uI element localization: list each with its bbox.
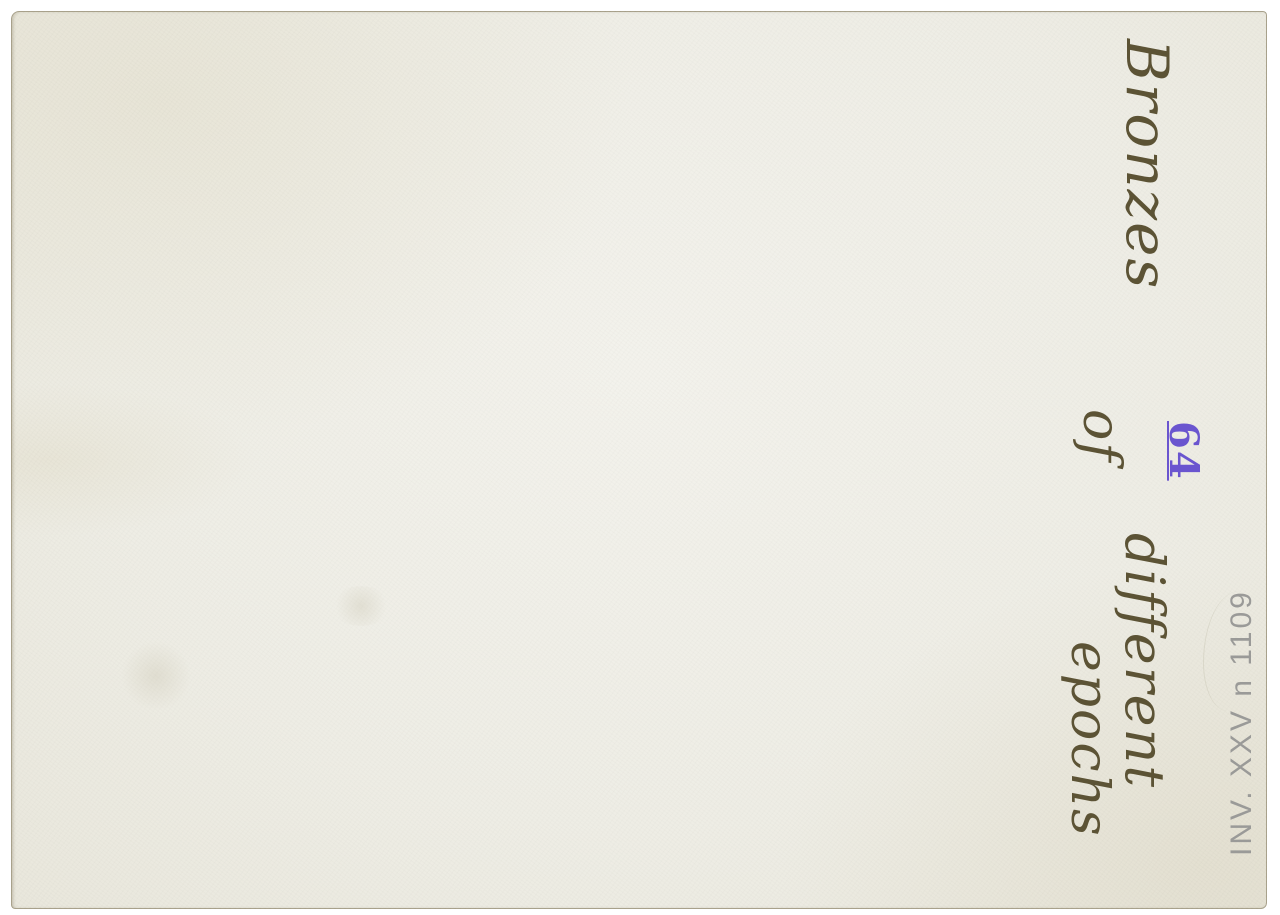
handwritten-word-of: of <box>1071 409 1131 464</box>
handwritten-title-bronzes: Bronzes <box>1113 39 1181 290</box>
paper-stain <box>331 586 391 626</box>
paper-stain <box>121 641 191 711</box>
handwritten-word-epochs: epochs <box>1059 641 1119 838</box>
handwritten-word-different: different <box>1113 533 1176 789</box>
photo-card-reverse: Bronzes of different epochs 64 INV. XXV … <box>11 11 1267 909</box>
stamp-number: 64 <box>1160 421 1207 481</box>
pencil-inventory-note: INV. XXV n 1109 <box>1225 589 1259 856</box>
scan-background: Bronzes of different epochs 64 INV. XXV … <box>0 0 1280 915</box>
